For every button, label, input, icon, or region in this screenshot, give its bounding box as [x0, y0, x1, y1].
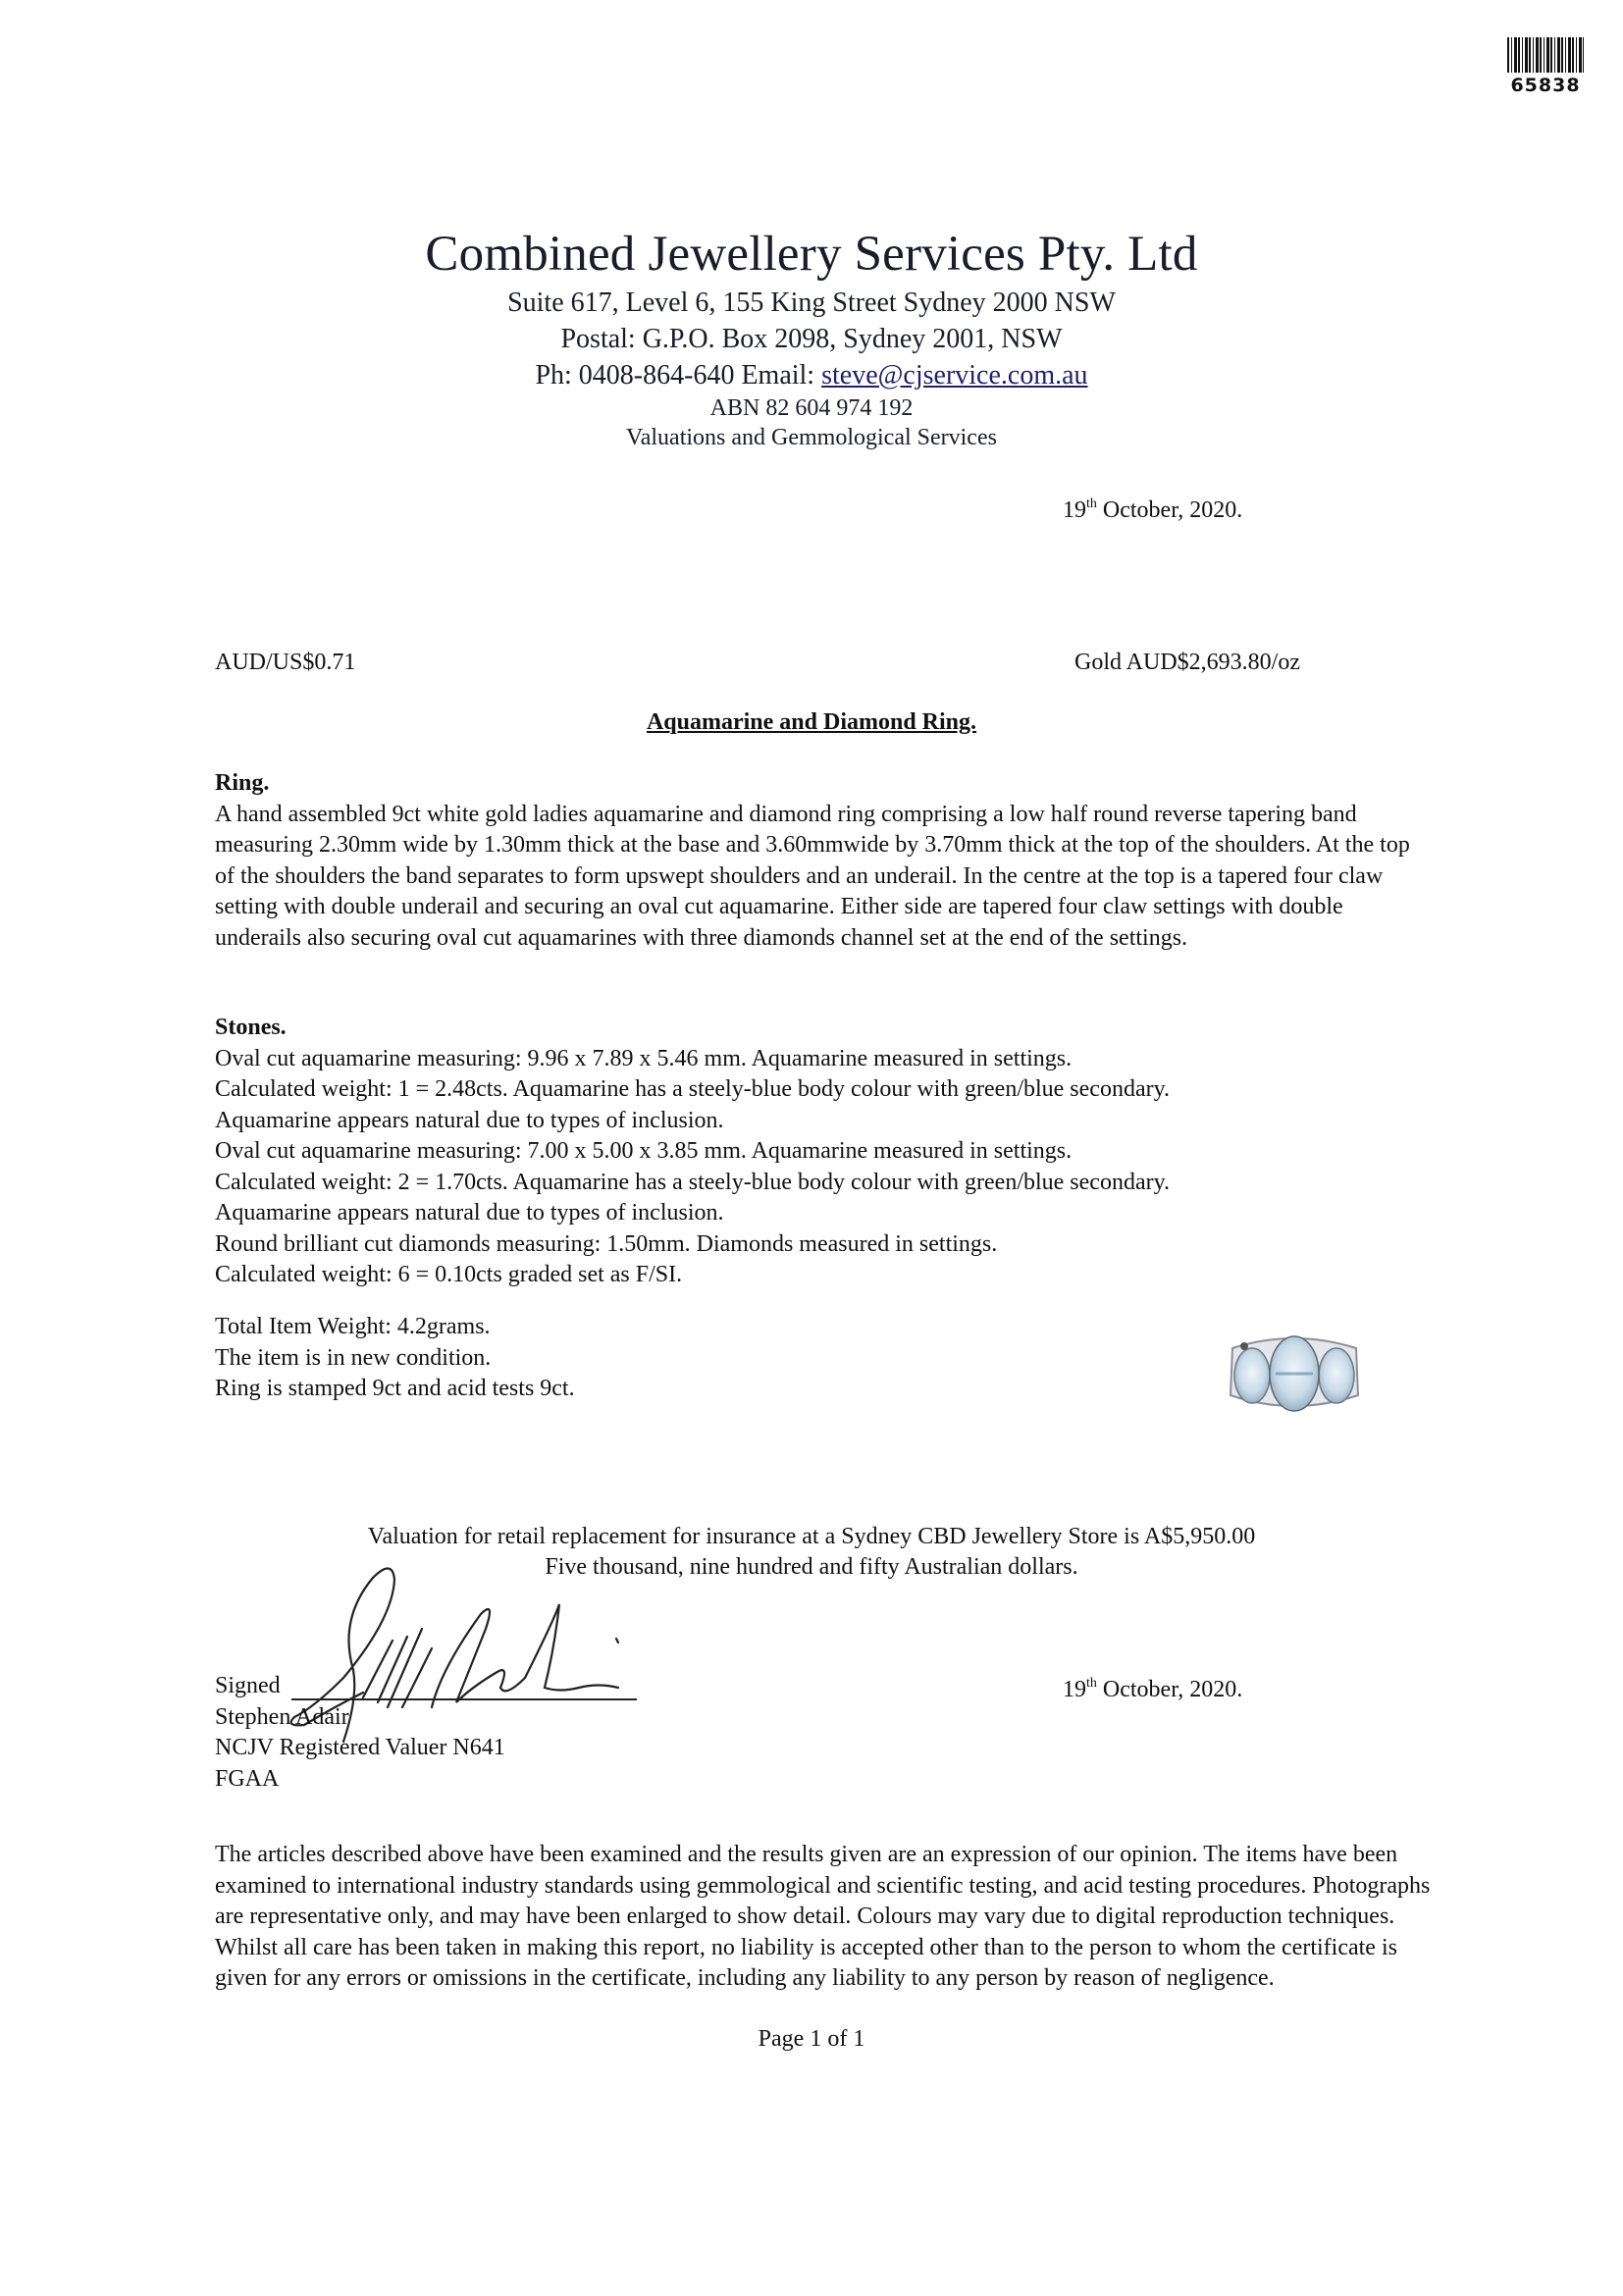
phone-label: Ph: 0408-864-640 Email: — [535, 360, 821, 391]
date-rest: October, 2020. — [1097, 497, 1242, 523]
stone-line: Aquamarine appears natural due to types … — [215, 1106, 1422, 1137]
document-subject: Aquamarine and Diamond Ring. — [0, 709, 1623, 736]
stones-heading: Stones. — [215, 1013, 1422, 1044]
ring-heading: Ring. — [215, 768, 1422, 800]
barcode-number: 65838 — [1501, 75, 1590, 96]
signoff-date: 19th October, 2020. — [1063, 1676, 1242, 1703]
disclaimer-text: The articles described above have been e… — [215, 1840, 1432, 1995]
company-contact: Ph: 0408-864-640 Email: steve@cjservice.… — [0, 357, 1623, 393]
item-notes: Total Item Weight: 4.2grams. The item is… — [215, 1312, 902, 1405]
signoff-block: Signed Stephen Adair NCJV Registered Val… — [215, 1671, 804, 1795]
disclaimer: The articles described above have been e… — [215, 1840, 1432, 1995]
email-link[interactable]: steve@cjservice.com.au — [821, 360, 1087, 391]
item-note: Total Item Weight: 4.2grams. — [215, 1312, 902, 1343]
ring-description: A hand assembled 9ct white gold ladies a… — [215, 800, 1422, 955]
stone-line: Calculated weight: 2 = 1.70cts. Aquamari… — [215, 1168, 1422, 1199]
company-abn: ABN 82 604 974 192 — [0, 393, 1623, 423]
ring-section: Ring. A hand assembled 9ct white gold la… — [215, 768, 1422, 954]
date-rest: October, 2020. — [1097, 1677, 1242, 1702]
company-tagline: Valuations and Gemmological Services — [0, 423, 1623, 452]
valuation-words: Five thousand, nine hundred and fifty Au… — [0, 1552, 1623, 1583]
valuation-amount: Valuation for retail replacement for ins… — [0, 1522, 1623, 1552]
date-day: 19 — [1063, 497, 1086, 523]
stone-line: Oval cut aquamarine measuring: 7.00 x 5.… — [215, 1136, 1422, 1168]
barcode-label: 65838 — [1501, 37, 1590, 96]
stone-line: Round brilliant cut diamonds measuring: … — [215, 1229, 1422, 1261]
company-name: Combined Jewellery Services Pty. Ltd — [0, 224, 1623, 285]
stone-line: Oval cut aquamarine measuring: 9.96 x 7.… — [215, 1044, 1422, 1075]
gold-price: Gold AUD$2,693.80/oz — [1074, 648, 1300, 678]
valuer-registration: NCJV Registered Valuer N641 — [215, 1733, 804, 1764]
valuer-name: Stephen Adair — [215, 1702, 804, 1734]
stone-line: Calculated weight: 1 = 2.48cts. Aquamari… — [215, 1074, 1422, 1106]
report-date: 19th October, 2020. — [1063, 496, 1242, 524]
item-note: Ring is stamped 9ct and acid tests 9ct. — [215, 1374, 902, 1405]
stones-section: Stones. Oval cut aquamarine measuring: 9… — [215, 1013, 1422, 1291]
date-suffix: th — [1086, 496, 1097, 511]
item-note: The item is in new condition. — [215, 1343, 902, 1375]
date-suffix: th — [1086, 1676, 1097, 1691]
date-day: 19 — [1063, 1677, 1086, 1702]
ring-photo — [1225, 1327, 1364, 1417]
barcode-icon — [1507, 37, 1584, 73]
page-number: Page 1 of 1 — [0, 2024, 1623, 2055]
company-address: Suite 617, Level 6, 155 King Street Sydn… — [0, 285, 1623, 321]
exchange-rate: AUD/US$0.71 — [215, 648, 355, 678]
letterhead: Combined Jewellery Services Pty. Ltd Sui… — [0, 224, 1623, 452]
stone-line: Calculated weight: 6 = 0.10cts graded se… — [215, 1260, 1422, 1291]
stone-line: Aquamarine appears natural due to types … — [215, 1198, 1422, 1229]
signed-label: Signed — [215, 1671, 804, 1702]
company-postal: Postal: G.P.O. Box 2098, Sydney 2001, NS… — [0, 321, 1623, 357]
valuer-qualification: FGAA — [215, 1764, 804, 1796]
